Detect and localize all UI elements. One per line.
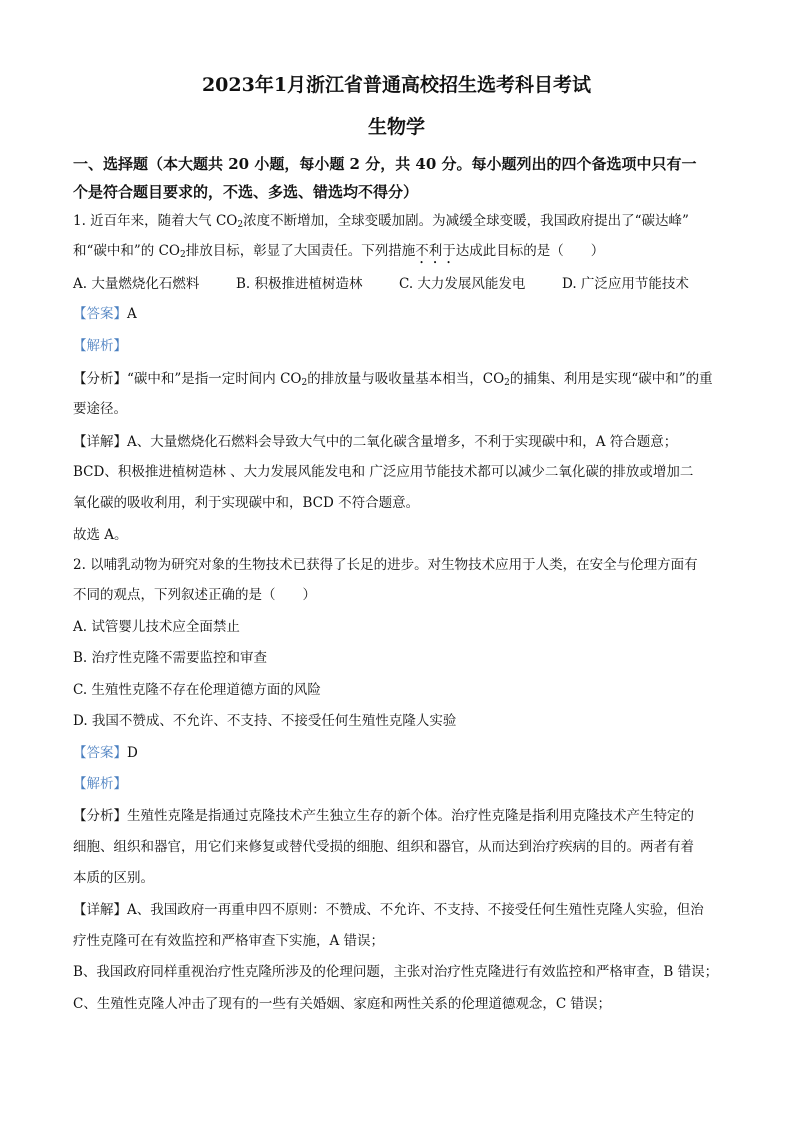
xiangjie-label: 【详解】 bbox=[73, 902, 127, 918]
answer-value: A bbox=[127, 306, 137, 322]
fenxi-text: 的排放量与吸收量基本相当，CO bbox=[307, 371, 504, 387]
q1-stem-text: 浓度不断增加，全球变暖加剧。为减缓全球变暖，我国政府提出了“碳达峰” bbox=[243, 213, 689, 229]
q2-xiangjie-line1: 【详解】A、我国政府一再重申四不原则：不赞成、不允许、不支持、不接受任何生殖性克… bbox=[73, 901, 733, 919]
q1-option-d: D. 广泛应用节能技术 bbox=[562, 275, 689, 293]
q1-stem-text: 和“碳中和”的 CO bbox=[73, 243, 180, 259]
q2-fenxi-line1: 【分析】生殖性克隆是指通过克隆技术产生独立生存的新个体。治疗性克隆是指利用克隆技… bbox=[73, 807, 733, 825]
q2-fenxi-line2: 细胞、组织和器官，用它们来修复或替代受损的细胞、组织和器官，从而达到治疗疾病的目… bbox=[73, 838, 733, 856]
q1-stem-text: 排放目标，彰显了大国责任。下列措施 bbox=[186, 243, 416, 259]
q2-option-d: D. 我国不赞成、不允许、不支持、不接受任何生殖性克隆人实验 bbox=[73, 712, 733, 730]
q1-option-a: A. 大量燃烧化石燃料 bbox=[73, 275, 236, 293]
answer-label: 【答案】 bbox=[73, 306, 127, 322]
q2-stem-line2: 不同的观点，下列叙述正确的是（ ） bbox=[73, 586, 733, 604]
section-heading-line1: 一、选择题（本大题共 20 小题，每小题 2 分，共 40 分。每小题列出的四个… bbox=[73, 155, 733, 173]
emphasis-text: 不利于 bbox=[415, 243, 456, 259]
q2-option-a: A. 试管婴儿技术应全面禁止 bbox=[73, 618, 733, 636]
section-heading-line2: 个是符合题目要求的，不选、多选、错选均不得分） bbox=[73, 183, 733, 201]
q1-xiangjie-line3: 氧化碳的吸收利用，利于实现碳中和，BCD 不符合题意。 bbox=[73, 494, 733, 512]
answer-label: 【答案】 bbox=[73, 745, 127, 761]
xiangjie-text: A、大量燃烧化石燃料会导致大气中的二氧化碳含量增多，不利于实现碳中和，A 符合题… bbox=[127, 434, 677, 450]
exam-page: 2023年1月浙江省普通高校招生选考科目考试 生物学 一、选择题（本大题共 20… bbox=[0, 0, 793, 1122]
q2-option-c: C. 生殖性克隆不存在伦理道德方面的风险 bbox=[73, 681, 733, 699]
answer-value: D bbox=[127, 745, 138, 761]
q1-xiangjie-line2: BCD、积极推进植树造林 、大力发展风能发电和 广泛应用节能技术都可以减少二氧化… bbox=[73, 463, 733, 481]
xiangjie-label: 【详解】 bbox=[73, 434, 127, 450]
exam-title: 2023年1月浙江省普通高校招生选考科目考试 bbox=[0, 70, 793, 97]
fenxi-label: 【分析】 bbox=[73, 371, 127, 387]
q2-xiangjie-line4: C、生殖性克隆人冲击了现有的一些有关婚姻、家庭和两性关系的伦理道德观念，C 错误… bbox=[73, 995, 733, 1013]
q1-options: A. 大量燃烧化石燃料B. 积极推进植树造林C. 大力发展风能发电D. 广泛应用… bbox=[73, 275, 733, 293]
q2-fenxi-line3: 本质的区别。 bbox=[73, 869, 733, 887]
subject-title: 生物学 bbox=[0, 112, 793, 139]
q1-analysis-label: 【解析】 bbox=[73, 337, 733, 355]
xiangjie-text: A、我国政府一再重申四不原则：不赞成、不允许、不支持、不接受任何生殖性克隆人实验… bbox=[127, 902, 704, 918]
q1-stem-line1: 1. 近百年来，随着大气 CO2浓度不断增加，全球变暖加剧。为减缓全球变暖，我国… bbox=[73, 212, 733, 234]
fenxi-label: 【分析】 bbox=[73, 808, 127, 824]
q2-stem-line1: 2. 以哺乳动物为研究对象的生物技术已获得了长足的进步。对生物技术应用于人类，在… bbox=[73, 556, 733, 574]
q2-xiangjie-line3: B、我国政府同样重视治疗性克隆所涉及的伦理问题，主张对治疗性克隆进行有效监控和严… bbox=[73, 963, 733, 981]
fenxi-text: “碳中和”是指一定时间内 CO bbox=[127, 371, 302, 387]
q2-analysis-label: 【解析】 bbox=[73, 775, 733, 793]
fenxi-text: 生殖性克隆是指通过克隆技术产生独立生存的新个体。治疗性克隆是指利用克隆技术产生特… bbox=[127, 808, 694, 824]
q1-stem-line2: 和“碳中和”的 CO2排放目标，彰显了大国责任。下列措施不利于达成此目标的是（ … bbox=[73, 242, 733, 267]
q2-option-b: B. 治疗性克隆不需要监控和审查 bbox=[73, 649, 733, 667]
q2-xiangjie-line2: 疗性克隆可在有效监控和严格审查下实施，A 错误； bbox=[73, 932, 733, 950]
q1-option-b: B. 积极推进植树造林 bbox=[236, 275, 399, 293]
q1-stem-text: 达成此目标的是（ ） bbox=[456, 243, 605, 259]
q1-fenxi-line1: 【分析】“碳中和”是指一定时间内 CO2的排放量与吸收量基本相当，CO2的捕集、… bbox=[73, 370, 733, 392]
q1-xiangjie-line1: 【详解】A、大量燃烧化石燃料会导致大气中的二氧化碳含量增多，不利于实现碳中和，A… bbox=[73, 433, 733, 451]
q1-stem-text: 1. 近百年来，随着大气 CO bbox=[73, 213, 237, 229]
q1-fenxi-line2: 要途径。 bbox=[73, 400, 733, 418]
fenxi-text: 的捕集、利用是实现“碳中和”的重 bbox=[510, 371, 713, 387]
q1-option-c: C. 大力发展风能发电 bbox=[399, 275, 562, 293]
q1-conclusion: 故选 A。 bbox=[73, 526, 733, 544]
q1-answer: 【答案】A bbox=[73, 305, 733, 323]
q2-answer: 【答案】D bbox=[73, 744, 733, 762]
